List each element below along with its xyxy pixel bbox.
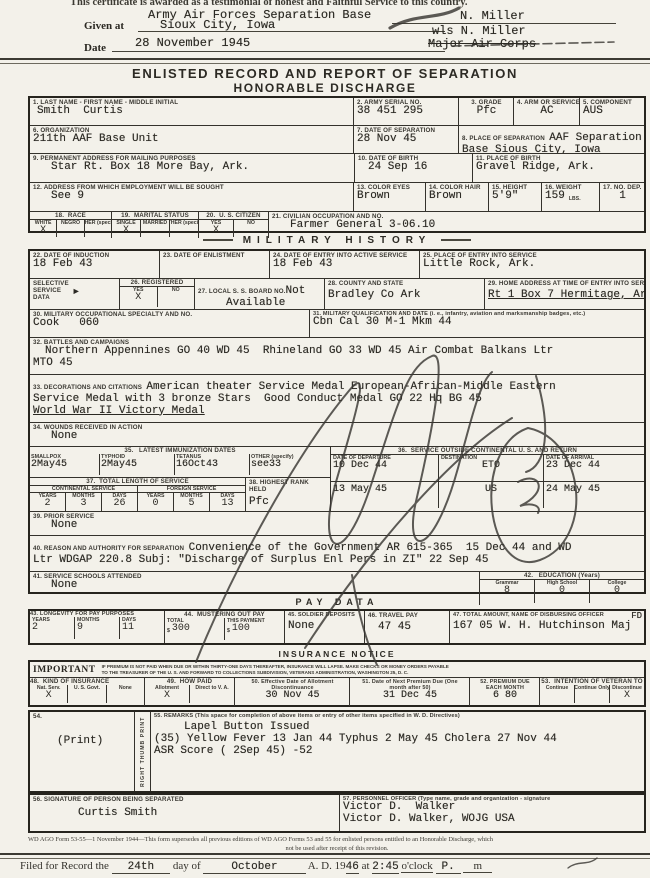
how-paid-title: HOW PAID (180, 678, 212, 685)
field-travel-pay: 46. TRAVEL PAY 47 45 (365, 611, 450, 643)
immunization-length-block: 35. LATEST IMMUNIZATION DATES SMALLPOX2M… (30, 447, 331, 511)
field-last-name: 1. LAST NAME - FIRST NAME - MIDDLE INITI… (30, 98, 354, 125)
filed-at: at (362, 860, 370, 872)
immunization-tetanus: TETANUS16Oct43 (175, 454, 250, 475)
longevity-years: YEARS2 (30, 617, 75, 639)
how-paid-direct: Direct to V. A. (190, 685, 234, 703)
direct-va-label: Direct to V. A. (195, 685, 228, 691)
filed-mid2: A. D. 19 (308, 860, 346, 872)
field-component: 5. COMPONENT AUS (580, 98, 644, 125)
next-premium-num: 51. (362, 679, 370, 685)
field-decorations-line1: American theater Service Medal European-… (146, 381, 555, 393)
military-history-banner: MILITARY HISTORY (28, 233, 646, 247)
longevity-years-value: 2 (32, 623, 38, 633)
intention-num: 53. (541, 678, 550, 685)
filed-prefix: Filed for Record the (20, 860, 109, 872)
for-months: MONTHS5 (174, 493, 210, 511)
immunization-title: LATEST IMMUNIZATION DATES (139, 447, 236, 454)
field-serial: 2. ARMY SERIAL NO. 38 451 295 (354, 98, 459, 125)
ss-data-line2: SERVICE (33, 287, 69, 294)
registered-no-label: NO (172, 287, 180, 293)
arrival-2: 24 May 45 (544, 482, 644, 508)
continue-only-label: Continue Only (575, 685, 610, 691)
pay-data-heading: PAY DATA (295, 597, 378, 607)
military-history-box: 22. DATE OF INDUCTION 18 Feb 43 23. DATE… (28, 249, 646, 594)
mustering-payment-value: 100 (232, 624, 250, 634)
how-paid-num: 49. (167, 678, 176, 685)
field-local-board-label: 27. LOCAL S. S. BOARD NO. (198, 288, 286, 295)
field-effective-date: 50. Effective Date of Allotment Disconti… (235, 678, 350, 706)
field-place-birth-value: Gravel Ridge, Ark. (476, 162, 642, 174)
for-days: DAYS13 (210, 493, 245, 511)
field-date-birth: 10. DATE OF BIRTH 24 Sep 16 (355, 154, 473, 182)
mustering-total: TOTAL $300 (165, 618, 225, 640)
us-govt-label: U. S. Govt. (74, 685, 100, 691)
registered-yes-mark: X (135, 293, 141, 303)
cont-months: MONTHS3 (66, 493, 102, 511)
field-grade: 3. GRADE Pfc (459, 98, 514, 125)
longevity-months: MONTHS9 (75, 617, 120, 639)
marital-other-label: OTHER (specify) (170, 220, 198, 226)
departure-2-value: 13 May 45 (333, 485, 436, 496)
field-mailing-address-value: Star Rt. Box 18 More Bay, Ark. (33, 162, 352, 174)
length-rank-row: 37. TOTAL LENGTH OF SERVICE CONTINENTAL … (30, 478, 330, 511)
field-next-premium: 51. Date of Next Premium Due (One month … (350, 678, 470, 706)
field-arm: 4. ARM OR SERVICE AC (514, 98, 580, 125)
field-weight-value: 159 (545, 191, 565, 203)
arrival-1: DATE OF ARRIVAL23 Dec 44 (544, 455, 644, 481)
longevity-days-value: 11 (122, 623, 134, 633)
immunization-num: 35. (124, 447, 133, 454)
continue-label: Continue (546, 685, 568, 691)
reason-line1: Convenience of the Government AR 615-365… (189, 542, 572, 554)
field-decorations: 33. DECORATIONS AND CITATIONS American t… (30, 375, 644, 422)
field-length-service: 37. TOTAL LENGTH OF SERVICE CONTINENTAL … (30, 478, 246, 511)
longevity-days: DAYS11 (120, 617, 164, 639)
officer-signature-title: Major Air Corps (428, 38, 536, 51)
personnel-officer-line2: Victor D. Walker, WOJG USA (343, 814, 642, 826)
destination-2: US (439, 482, 544, 508)
officer-signature-script: wls N. Miller (432, 25, 526, 38)
prior-service-label: 39. PRIOR SERVICE (33, 513, 642, 520)
marital-married-label: MARRIED (143, 220, 167, 226)
filed-for-record-line: Filed for Record the 24th day of October… (20, 860, 645, 874)
dollar-sign-1: $ (167, 628, 170, 634)
insurance-notice-line2: TO THE TREASURER OF THE U. S. AND FORWAR… (102, 670, 409, 675)
field-signature-separated: 56. SIGNATURE OF PERSON BEING SEPARATED … (30, 795, 340, 831)
for-months-value: 5 (188, 499, 194, 509)
field-mustering-out-pay: 44. MUSTERING OUT PAY TOTAL $300 THIS PA… (165, 611, 285, 643)
form-title: ENLISTED RECORD AND REPORT OF SEPARATION… (0, 66, 650, 95)
field-occupation-value: Farmer General 3-06.10 (272, 220, 642, 232)
given-at-label: Given at (84, 20, 124, 32)
filed-day: 24th (112, 861, 170, 874)
reason-label: 40. REASON AND AUTHORITY FOR SEPARATION (33, 545, 184, 552)
field-weight: 16. WEIGHT 159 LBS. (542, 183, 600, 211)
destination-1-value: ETO (441, 461, 541, 472)
personal-data-box: 1. LAST NAME - FIRST NAME - MIDDLE INITI… (28, 96, 646, 233)
service-outside-title: SERVICE OUTSIDE CONTINENTAL U. S. AND RE… (411, 447, 577, 454)
field-prior-service: 39. PRIOR SERVICE None (30, 512, 644, 535)
field-date-enlistment-label: 23. DATE OF ENLISTMENT (163, 252, 267, 259)
intention-title: INTENTION OF VETERAN TO (554, 678, 643, 685)
filed-m: m (463, 860, 492, 873)
total-amount-value: 167 05 W. H. Hutchinson Maj (453, 621, 642, 633)
departure-1-value: 10 Dec 44 (333, 461, 436, 472)
field-registered-label: 26. REGISTERED (120, 279, 194, 286)
field-organization-value: 211th AAF Base Unit (33, 134, 351, 146)
field-qualification: 31. MILITARY QUALIFICATION AND DATE (i. … (310, 310, 644, 337)
field-qualification-value: Cbn Cal 30 M-1 Mkm 44 (313, 317, 642, 329)
field-home-address-label: 29. HOME ADDRESS AT TIME OF ENTRY INTO S… (488, 280, 642, 287)
arrival-2-value: 24 May 45 (546, 485, 642, 496)
destination-1: DESTINATIONETO (439, 455, 544, 481)
insurance-important-row: IMPORTANT IF PREMIUM IS NOT PAID WHEN DU… (30, 664, 644, 675)
field-decorations-label: 33. DECORATIONS AND CITATIONS (33, 384, 142, 391)
field-marital-title: MARITAL STATUS (134, 212, 189, 219)
field-how-paid: 49. HOW PAID AllotmentX Direct to V. A. (145, 678, 235, 706)
field-kind-insurance: 48. KIND OF INSURANCE Nat. Serv.X U. S. … (30, 678, 145, 706)
field-immunization: 35. LATEST IMMUNIZATION DATES SMALLPOX2M… (30, 447, 330, 478)
how-paid-allotment: AllotmentX (145, 685, 190, 703)
deposits-label: 45. SOLDIER DEPOSITS (288, 612, 362, 618)
form-title-line2: HONORABLE DISCHARGE (0, 81, 650, 95)
filed-time: 2:45 (372, 861, 398, 874)
field-grade-value: Pfc (462, 106, 511, 118)
field-battles-line1: Northern Appennines GO 40 WD 45 Rhinelan… (33, 346, 642, 358)
field-reason: 40. REASON AND AUTHORITY FOR SEPARATION … (30, 536, 644, 571)
kind-us-govt: U. S. Govt. (68, 685, 106, 703)
mustering-total-value: 300 (172, 624, 190, 634)
mustering-payment: THIS PAYMENT $100 (225, 618, 284, 640)
filed-mid1: day of (173, 860, 201, 872)
cont-months-value: 3 (80, 499, 86, 509)
print-label: (Print) (33, 736, 132, 748)
mustering-num: 44. (184, 611, 193, 618)
cont-days: DAYS26 (102, 493, 138, 511)
field-service-outside: 36. SERVICE OUTSIDE CONTINENTAL U. S. AN… (331, 447, 644, 511)
field-date-induction-value: 18 Feb 43 (33, 259, 157, 271)
foreign-service-label: FOREIGN SERVICE (138, 486, 245, 492)
departure-2: 13 May 45 (331, 482, 439, 508)
field-date-induction: 22. DATE OF INDUCTION 18 Feb 43 (30, 251, 160, 278)
field-place-entry: 25. PLACE OF ENTRY INTO SERVICE Little R… (420, 251, 644, 278)
tetanus-value: 16Oct43 (176, 460, 248, 471)
field-arm-value: AC (517, 106, 577, 118)
field-county-state-value: Bradley Co Ark (328, 290, 482, 302)
remarks-line2: (35) Yellow Fever 13 Jan 44 Typhus 2 May… (154, 734, 642, 746)
grammar-value: 8 (504, 586, 510, 596)
ss-data-line3: DATA (33, 294, 69, 301)
total-amount-edge: FD (631, 612, 642, 621)
for-years: YEARS0 (138, 493, 174, 511)
signature-separated-label: 56. SIGNATURE OF PERSON BEING SEPARATED (33, 796, 337, 803)
station-line-2: Sioux City, Iowa (160, 19, 275, 32)
field-organization: 6. ORGANIZATION 211th AAF Base Unit (30, 126, 354, 153)
allotment-mark: X (164, 691, 170, 701)
print-num: 54. (33, 713, 132, 720)
schools-value: None (33, 580, 477, 592)
given-at-underline (138, 31, 445, 32)
destination-2-value: US (441, 485, 541, 496)
field-home-address: 29. HOME ADDRESS AT TIME OF ENTRY INTO S… (485, 279, 644, 309)
citizen-no-label: NO (247, 220, 255, 226)
field-component-value: AUS (583, 106, 642, 118)
field-citizen-title: U. S. CITIZEN (219, 212, 260, 219)
form-footnote-line1: WD AGO Form 53-55—1 November 1944—This f… (28, 836, 646, 845)
field-mailing-address: 9. PERMANENT ADDRESS FOR MAILING PURPOSE… (30, 154, 355, 182)
travel-pay-value: 47 45 (368, 622, 447, 634)
certificate-top-line: This certificate is awarded as a testimo… (70, 0, 468, 8)
longevity-months-value: 9 (77, 623, 83, 633)
field-weight-unit: LBS. (569, 197, 581, 203)
field-dependents-value: 1 (603, 191, 642, 203)
kind-title: KIND OF INSURANCE (43, 678, 110, 685)
insurance-heading: INSURANCE NOTICE (278, 649, 395, 659)
field-decorations-line3: World War II Victory Medal (33, 406, 642, 418)
other-immunization-value: see33 (251, 460, 329, 471)
highest-rank-value: Pfc (249, 497, 327, 509)
field-date-birth-value: 24 Sep 16 (358, 162, 470, 174)
filed-p: P. (436, 861, 461, 874)
education-num: 42. (524, 572, 533, 579)
registered-option-yes: YESX (120, 287, 158, 307)
field-wounds-value: None (33, 431, 642, 443)
field-battles-line2: MTO 45 (33, 358, 642, 370)
premium-due-value: 6 80 (473, 691, 537, 702)
filed-year: 46 (346, 861, 359, 874)
registered-option-no: NO (158, 287, 195, 307)
field-premium-due: 52. PREMIUM DUE EACH MONTH 6 80 (470, 678, 540, 706)
field-citizen-num: 20. (206, 212, 215, 219)
banner-dash-left (203, 239, 233, 241)
filed-oclock: o'clock (401, 860, 432, 873)
arrival-1-value: 23 Dec 44 (546, 461, 642, 472)
field-place-birth: 11. PLACE OF BIRTH Gravel Ridge, Ark. (473, 154, 644, 182)
cont-days-value: 26 (113, 499, 125, 509)
kind-none: None (107, 685, 144, 703)
selective-service-data-block: SELECTIVE SERVICE DATA ► (30, 279, 120, 309)
field-soldier-deposits: 45. SOLDIER DEPOSITS None (285, 611, 365, 643)
immunization-other: OTHER (specify)see33 (250, 454, 330, 475)
smallpox-value: 2May45 (31, 460, 98, 471)
field-place-separation-value1: AAF Separation (549, 132, 641, 144)
scanned-discharge-form: This certificate is awarded as a testimo… (0, 0, 650, 878)
education-title: EDUCATION (Years) (539, 572, 600, 579)
field-dependents: 17. NO. DEP. 1 (600, 183, 644, 211)
pay-data-banner: PAY DATA (28, 596, 646, 608)
field-highest-rank: 38. HIGHEST RANK HELD Pfc (246, 478, 330, 511)
field-county-state: 28. COUNTY AND STATE Bradley Co Ark (325, 279, 485, 309)
filed-month: October (203, 861, 305, 874)
field-specialty: 30. MILITARY OCCUPATIONAL SPECIALTY AND … (30, 310, 310, 337)
field-registered: 26. REGISTERED YESX NO (120, 279, 195, 309)
kind-nat-serv: Nat. Serv.X (30, 685, 68, 703)
field-date-entry: 24. DATE OF ENTRY INTO ACTIVE SERVICE 18… (270, 251, 420, 278)
field-intention: 53. INTENTION OF VETERAN TO Continue Con… (540, 678, 644, 706)
cont-years: YEARS2 (30, 493, 66, 511)
field-employment-address-value: See 9 (33, 191, 351, 203)
travel-pay-label: 46. TRAVEL PAY (368, 612, 447, 619)
mustering-title: MUSTERING OUT PAY (197, 611, 265, 618)
field-date-separation-value: 28 Nov 45 (357, 134, 456, 146)
form-footnote: WD AGO Form 53-55—1 November 1944—This f… (28, 836, 646, 853)
date-given-value: 28 November 1945 (135, 37, 250, 50)
military-history-heading: MILITARY HISTORY (243, 235, 432, 246)
field-decorations-line2: Service Medal with 3 bronze Stars Good C… (33, 394, 642, 406)
field-local-board-value1: Not (286, 285, 306, 297)
pay-data-box: 43. LONGEVITY FOR PAY PURPOSES YEARS2 MO… (28, 609, 646, 645)
immunization-smallpox: SMALLPOX2May45 (30, 454, 100, 475)
field-height-value: 5'9" (492, 191, 539, 203)
high-school-value: 0 (559, 586, 565, 596)
field-race-title: RACE (68, 212, 86, 219)
important-label: IMPORTANT (33, 665, 96, 675)
field-employment-address: 12. ADDRESS FROM WHICH EMPLOYMENT WILL B… (30, 183, 354, 211)
field-total-amount: 47. TOTAL AMOUNT, NAME OF DISBURSING OFF… (450, 611, 644, 643)
next-premium-value: 31 Dec 45 (353, 691, 467, 702)
highest-rank-label: 38. HIGHEST RANK HELD (249, 479, 327, 493)
kind-none-label: None (119, 685, 132, 691)
field-local-board: 27. LOCAL S. S. BOARD NO.Not Available (195, 279, 325, 309)
form-title-line1: ENLISTED RECORD AND REPORT OF SEPARATION (0, 66, 650, 81)
length-service-num: 37. (86, 478, 95, 485)
field-date-enlistment: 23. DATE OF ENLISTMENT (160, 251, 270, 278)
race-other-label: OTHER (specify) (85, 220, 111, 226)
field-eyes: 13. COLOR EYES Brown (354, 183, 426, 211)
header-divider-rule (0, 58, 650, 64)
footer-divider-rule (0, 853, 650, 859)
race-negro-label: NEGRO (61, 220, 80, 226)
field-thumb-print: 54. (Print) (30, 712, 135, 791)
deposits-value: None (288, 621, 362, 633)
schools-label: 41. SERVICE SCHOOLS ATTENDED (33, 573, 477, 580)
field-height: 15. HEIGHT 5'9" (489, 183, 542, 211)
field-place-separation-value2: Base Sious City, Iowa (462, 145, 642, 153)
insurance-notice-line1: IF PREMIUM IS NOT PAID WHEN DUE OR WITHI… (102, 664, 449, 669)
intention-discontinue: DiscontinueX (610, 685, 644, 703)
field-hair: 14. COLOR HAIR Brown (426, 183, 489, 211)
premium-due-num: 52. (480, 679, 488, 685)
thumb-print-strip: RIGHT THUMB PRINT (135, 712, 151, 791)
college-value: 0 (614, 586, 620, 596)
insurance-banner: INSURANCE NOTICE (28, 648, 646, 659)
departure-1: DATE OF DEPARTURE10 Dec 44 (331, 455, 439, 481)
field-date-separation: 7. DATE OF SEPARATION 28 Nov 45 (354, 126, 459, 153)
continental-service-label: CONTINENTAL SERVICE (30, 486, 138, 492)
service-outside-num: 36. (398, 447, 407, 454)
typhoid-value: 2May45 (101, 460, 173, 471)
intention-continue-only: Continue Only (575, 685, 610, 703)
field-date-entry-value: 18 Feb 43 (273, 259, 417, 271)
effective-date-value: 30 Nov 45 (238, 691, 347, 702)
field-place-separation: 8. PLACE OF SEPARATION AAF Separation Ba… (459, 126, 644, 153)
field-personnel-officer: 57. PERSONNEL OFFICER (Type name, grade … (340, 795, 644, 831)
length-service-title: TOTAL LENGTH OF SERVICE (99, 478, 189, 485)
ss-data-line1: SELECTIVE (33, 280, 69, 287)
discontinue-mark: X (624, 691, 630, 701)
field-longevity: 43. LONGEVITY FOR PAY PURPOSES YEARS2 MO… (30, 611, 165, 643)
arrow-right-icon: ► (72, 286, 81, 296)
field-home-address-value: Rt 1 Box 7 Hermitage, Ark. (488, 290, 642, 302)
for-days-value: 13 (221, 499, 233, 509)
field-remarks: 55. REMARKS (This space for completion o… (151, 712, 644, 791)
insurance-box: IMPORTANT IF PREMIUM IS NOT PAID WHEN DU… (28, 660, 646, 707)
officer-signature-typed: N. Miller (460, 10, 525, 23)
field-serial-value: 38 451 295 (357, 106, 456, 118)
field-last-name-value: Smith Curtis (33, 106, 351, 118)
dollar-sign-2: $ (227, 628, 230, 634)
field-specialty-value: Cook 060 (33, 318, 307, 330)
date-label: Date (84, 42, 106, 54)
reason-line2: Ltr WDGAP 220.8 Subj: "Discharge of Surp… (33, 555, 642, 567)
field-eyes-value: Brown (357, 191, 423, 203)
signature-separated-value: Curtis Smith (33, 808, 337, 820)
field-race-num: 18. (55, 212, 64, 219)
remarks-line3: ASR Score ( 2Sep 45) -52 (154, 746, 642, 758)
cont-years-value: 2 (44, 499, 50, 509)
date-underline (112, 51, 445, 52)
thumb-print-label: RIGHT THUMB PRINT (140, 712, 146, 791)
field-local-board-value2: Available (198, 298, 322, 309)
effective-date-num: 50. (251, 679, 259, 685)
kind-num: 48. (30, 678, 39, 685)
nat-serv-mark: X (46, 691, 52, 701)
remarks-label: 55. REMARKS (This space for completion o… (154, 713, 642, 719)
immunization-typhoid: TYPHOID2May45 (100, 454, 175, 475)
field-wounds-label: 34. WOUNDS RECEIVED IN ACTION (33, 424, 642, 431)
field-place-separation-label: 8. PLACE OF SEPARATION (462, 135, 545, 142)
field-marital-num: 19. (121, 212, 130, 219)
field-wounds: 34. WOUNDS RECEIVED IN ACTION None (30, 423, 644, 446)
prior-service-value: None (33, 520, 642, 532)
intention-continue: Continue (540, 685, 575, 703)
banner-dash-right (441, 239, 471, 241)
for-years-value: 0 (152, 499, 158, 509)
field-place-entry-value: Little Rock, Ark. (423, 259, 642, 271)
form-footnote-line2: not be used after receipt of this revisi… (28, 845, 646, 854)
field-battles: 32. BATTLES AND CAMPAIGNS Northern Appen… (30, 338, 644, 374)
field-county-state-label: 28. COUNTY AND STATE (328, 280, 482, 287)
remarks-box: 54. (Print) RIGHT THUMB PRINT 55. REMARK… (28, 710, 646, 793)
field-hair-value: Brown (429, 191, 486, 203)
signature-box: 56. SIGNATURE OF PERSON BEING SEPARATED … (28, 793, 646, 833)
